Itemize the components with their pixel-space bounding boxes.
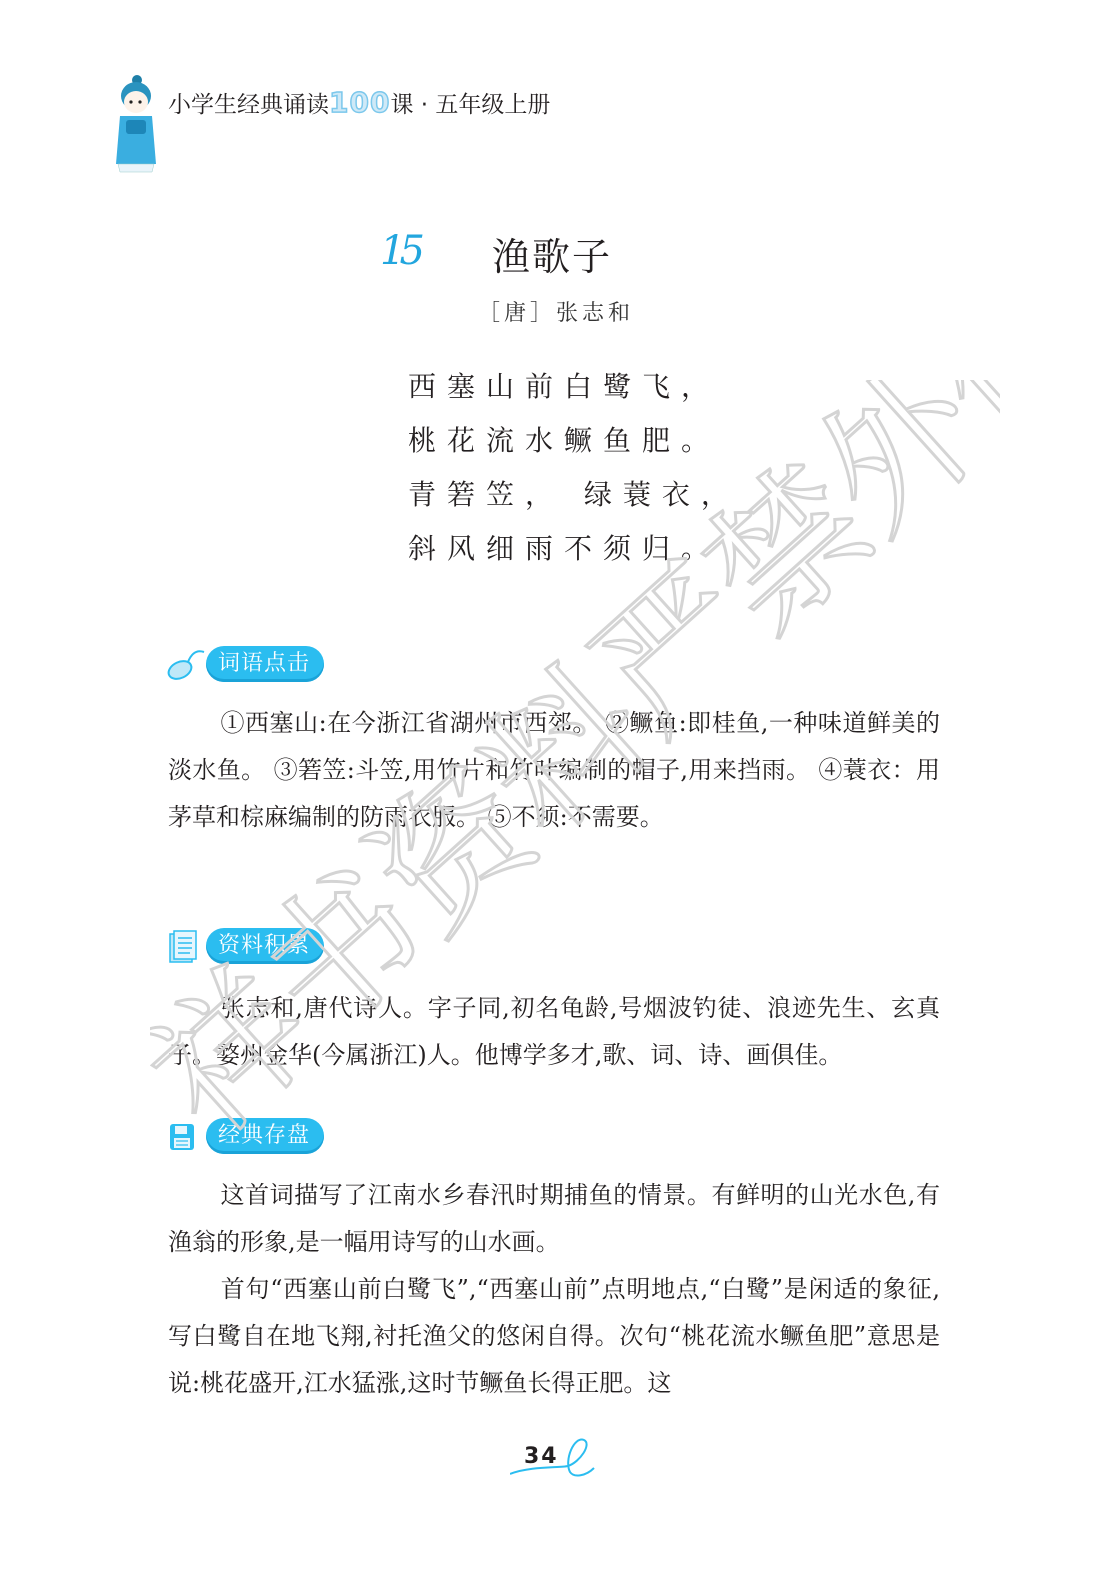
author-background: 张志和,唐代诗人。字子同,初名龟龄,号烟波钓徒、浪迹先生、玄真子。婺州金华(今属… (168, 985, 940, 1079)
poem-line: 桃花流水鳜鱼肥。 (408, 414, 740, 468)
paragraph-text: 张志和,唐代诗人。字子同,初名龟龄,号烟波钓徒、浪迹先生、玄真子。婺州金华(今属… (168, 994, 940, 1069)
series-title-number: 100 (329, 86, 390, 119)
section-badge: 词语点击 (206, 646, 324, 682)
lesson-number: 15 (380, 228, 419, 274)
poem-line: 斜风细雨不须归。 (408, 522, 740, 576)
appreciation-paragraph-1: 这首词描写了江南水乡春汛时期捕鱼的情景。有鲜明的山光水色,有渔翁的形象,是一幅用… (168, 1172, 940, 1266)
paragraph-text: 首句“西塞山前白鹭飞”,“西塞山前”点明地点,“白鹭”是闲适的象征,写白鹭自在地… (168, 1275, 940, 1397)
poem-line: 西塞山前白鹭飞， (408, 360, 740, 414)
section-heading-appreciation: 经典存盘 (166, 1116, 324, 1156)
poem-author: ［唐］张志和 (478, 296, 634, 327)
floppy-disk-icon (166, 1118, 206, 1154)
page-number: 34 (524, 1444, 559, 1469)
series-title-suffix: 课 · 五年级上册 (390, 92, 550, 118)
series-title-prefix: 小学生经典诵读 (168, 92, 329, 118)
section-badge: 经典存盘 (206, 1118, 324, 1154)
paragraph-text: 这首词描写了江南水乡春汛时期捕鱼的情景。有鲜明的山光水色,有渔翁的形象,是一幅用… (168, 1181, 940, 1256)
section-heading-vocabulary: 词语点击 (166, 644, 324, 684)
appreciation-paragraph-2: 首句“西塞山前白鹭飞”,“西塞山前”点明地点,“白鹭”是闲适的象征,写白鹭自在地… (168, 1266, 940, 1407)
poem-body: 西塞山前白鹭飞， 桃花流水鳜鱼肥。 青箬笠， 绿蓑衣， 斜风细雨不须归。 (408, 360, 740, 576)
vocabulary-notes: ①西塞山:在今浙江省湖州市西郊。 ②鳜鱼:即桂鱼,一种味道鲜美的淡水鱼。 ③箬笠… (168, 700, 940, 841)
paragraph-text: ①西塞山:在今浙江省湖州市西郊。 ②鳜鱼:即桂鱼,一种味道鲜美的淡水鱼。 ③箬笠… (168, 709, 940, 831)
series-title: 小学生经典诵读100课 · 五年级上册 (168, 86, 550, 119)
document-icon (166, 928, 206, 964)
section-heading-background: 资料积累 (166, 926, 324, 966)
mouse-icon (166, 646, 206, 682)
scholar-mascot-icon (112, 72, 162, 176)
poem-line: 青箬笠， 绿蓑衣， (408, 468, 740, 522)
lesson-title: 渔歌子 (492, 226, 612, 281)
section-badge: 资料积累 (206, 928, 324, 964)
